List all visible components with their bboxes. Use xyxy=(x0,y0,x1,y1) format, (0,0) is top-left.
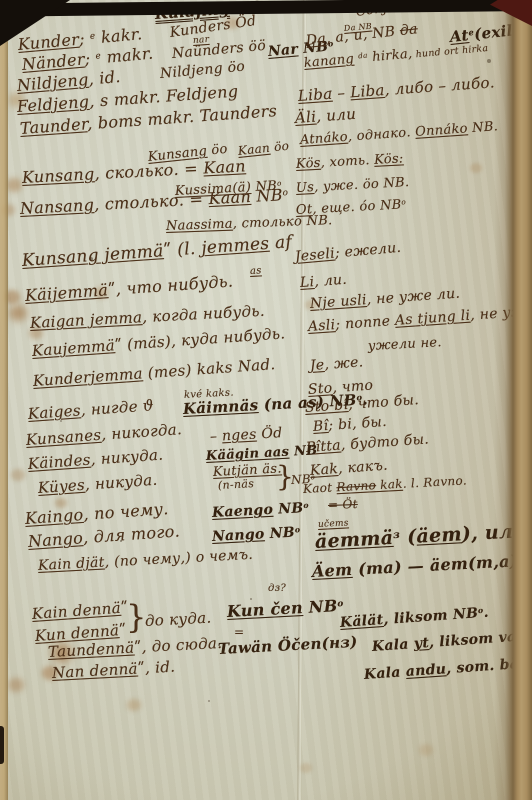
manuscript-line: } xyxy=(126,601,147,635)
manuscript-line: Kaingo, по чему. xyxy=(24,501,169,528)
manuscript-line: Kun dennäʺ xyxy=(34,623,127,645)
manuscript-line: nar xyxy=(193,36,210,47)
manuscript-line: Da, а, и, NB да xyxy=(305,22,418,48)
manuscript-line: Kunderjemma (mes) kaks Nad. xyxy=(32,357,275,390)
manuscript-line: дз? xyxy=(268,584,286,595)
manuscript-line: Feldjeng, s makr. Feldjeng xyxy=(16,84,238,116)
manuscript-line: Kain djät, (по чему,) о чемъ. xyxy=(38,548,254,574)
manuscript-line: Nje usli, не уже ли. xyxy=(309,287,460,312)
manuscript-line: Kunders Öd xyxy=(169,14,257,41)
manuscript-line: Da NB xyxy=(344,23,373,34)
manuscript-line: Käimnäs (na as) NBo. xyxy=(183,392,369,417)
manuscript-line: Atnáko, однако. Onnáko NB. xyxy=(300,120,499,147)
manuscript-line: = Öt xyxy=(328,498,358,512)
manuscript-line: Taundennäʺ, до сюда. xyxy=(48,636,223,661)
manuscript-line: Liba – Liba, либо – либо. xyxy=(297,75,495,104)
manuscript-line: Kös, хоть. Kös: xyxy=(296,152,404,171)
manuscript-line: Kälät, liksom NBo. xyxy=(339,606,489,631)
manuscript-line: Li, ли. xyxy=(299,273,347,291)
manuscript-line: učems xyxy=(318,519,349,530)
manuscript-line: Ot, еще. óo NBo xyxy=(296,198,407,217)
manuscript-line: Kaujemmäʺ (mäs), куда нибудь. xyxy=(31,326,285,359)
book-page-edges-right xyxy=(494,0,532,800)
manuscript-line: Nänder; e makr. xyxy=(21,46,154,74)
manuscript-line: Nar NBo xyxy=(267,39,334,59)
manuscript-line: Taunder, boms makr. Taunders xyxy=(19,103,277,138)
manuscript-line: Naassima, столько NB. xyxy=(166,214,333,233)
manuscript-page: Conjunctiones Kunder; e kakr.Nänder; e m… xyxy=(0,0,532,800)
manuscript-line: kvé kaks. xyxy=(184,388,234,401)
manuscript-line: } xyxy=(276,462,294,491)
manuscript-line: as xyxy=(250,266,262,277)
manuscript-line: Kaengo NBo xyxy=(212,501,310,521)
manuscript-line: Kutjän äs. xyxy=(213,462,282,479)
manuscript-line: Kak, какъ. xyxy=(309,459,388,479)
manuscript-line: = xyxy=(234,626,244,639)
manuscript-line: Kaan öо xyxy=(237,140,289,158)
manuscript-line: Küyes, никуда. xyxy=(37,473,158,497)
left-edge-notch xyxy=(0,726,4,764)
manuscript-line: Nango NBo xyxy=(212,525,301,544)
manuscript-line: Nildjeng, id. xyxy=(16,69,121,95)
manuscript-line: Kain dennäʺ xyxy=(31,600,128,622)
manuscript-line: Sto, что xyxy=(307,378,373,397)
manuscript-line: Kunder; e kakr. xyxy=(17,26,143,54)
manuscript-line: Nildjeng öo xyxy=(159,60,245,82)
manuscript-line: Naünders öö xyxy=(171,39,266,62)
manuscript-line: Kunsang öо xyxy=(147,143,228,165)
page-crease-line xyxy=(297,0,307,800)
manuscript-line: Kaigan jemma, когда нибудь. xyxy=(30,304,266,332)
manuscript-line: Kun čen NBo xyxy=(227,598,345,621)
manuscript-line: Kaot Ravno kak. l. Ravno. xyxy=(303,474,468,495)
manuscript-line: Nansang, столько. = Kaan NBo xyxy=(20,187,289,218)
manuscript-line: NBo xyxy=(291,473,316,487)
manuscript-photo: Conjunctiones Kunder; e kakr.Nänder; e m… xyxy=(0,0,532,800)
manuscript-line: Je, же. xyxy=(309,355,363,373)
manuscript-line: Nango, для того. xyxy=(27,523,180,550)
manuscript-line: Käijemmäʺ, что нибудь. xyxy=(24,273,233,304)
manuscript-line: ужели не. xyxy=(368,336,443,353)
manuscript-line: Äli, или xyxy=(294,107,356,127)
manuscript-line: до куда. xyxy=(145,611,212,630)
manuscript-line: Bî; bi, бы. xyxy=(312,415,387,435)
manuscript-line: Käindes, никуда. xyxy=(27,448,163,473)
manuscript-line: Kunsang, сколько. = Kaan xyxy=(22,158,247,187)
manuscript-line: (n-näs xyxy=(218,478,255,491)
manuscript-line: – nges Öd xyxy=(210,426,283,444)
manuscript-line: Kunsanes, никогда. xyxy=(25,422,182,449)
book-page-edge-left xyxy=(0,0,8,800)
manuscript-line: Nan dennäʺ, id. xyxy=(52,660,176,682)
manuscript-line: Us, уже. öо NB. xyxy=(296,176,410,196)
manuscript-line: Kussima(ä) NBo xyxy=(175,179,282,198)
manuscript-line: Kaiges, нигде ϑ xyxy=(27,398,154,423)
manuscript-line: Jeseli; ежели. xyxy=(294,241,401,265)
manuscript-line: Pîtta, будто бы. xyxy=(305,432,429,455)
manuscript-line: Kunsang jemmäʺ (l. jemmes af xyxy=(21,234,292,271)
manuscript-line: Käägin aas NB xyxy=(206,444,318,463)
manuscript-line: Sto bî, что бы. xyxy=(304,393,419,416)
manuscript-line: kanang da hirka, hund ort hirka xyxy=(303,41,488,71)
manuscript-line: Tawän Öčen(нз) xyxy=(218,635,358,658)
